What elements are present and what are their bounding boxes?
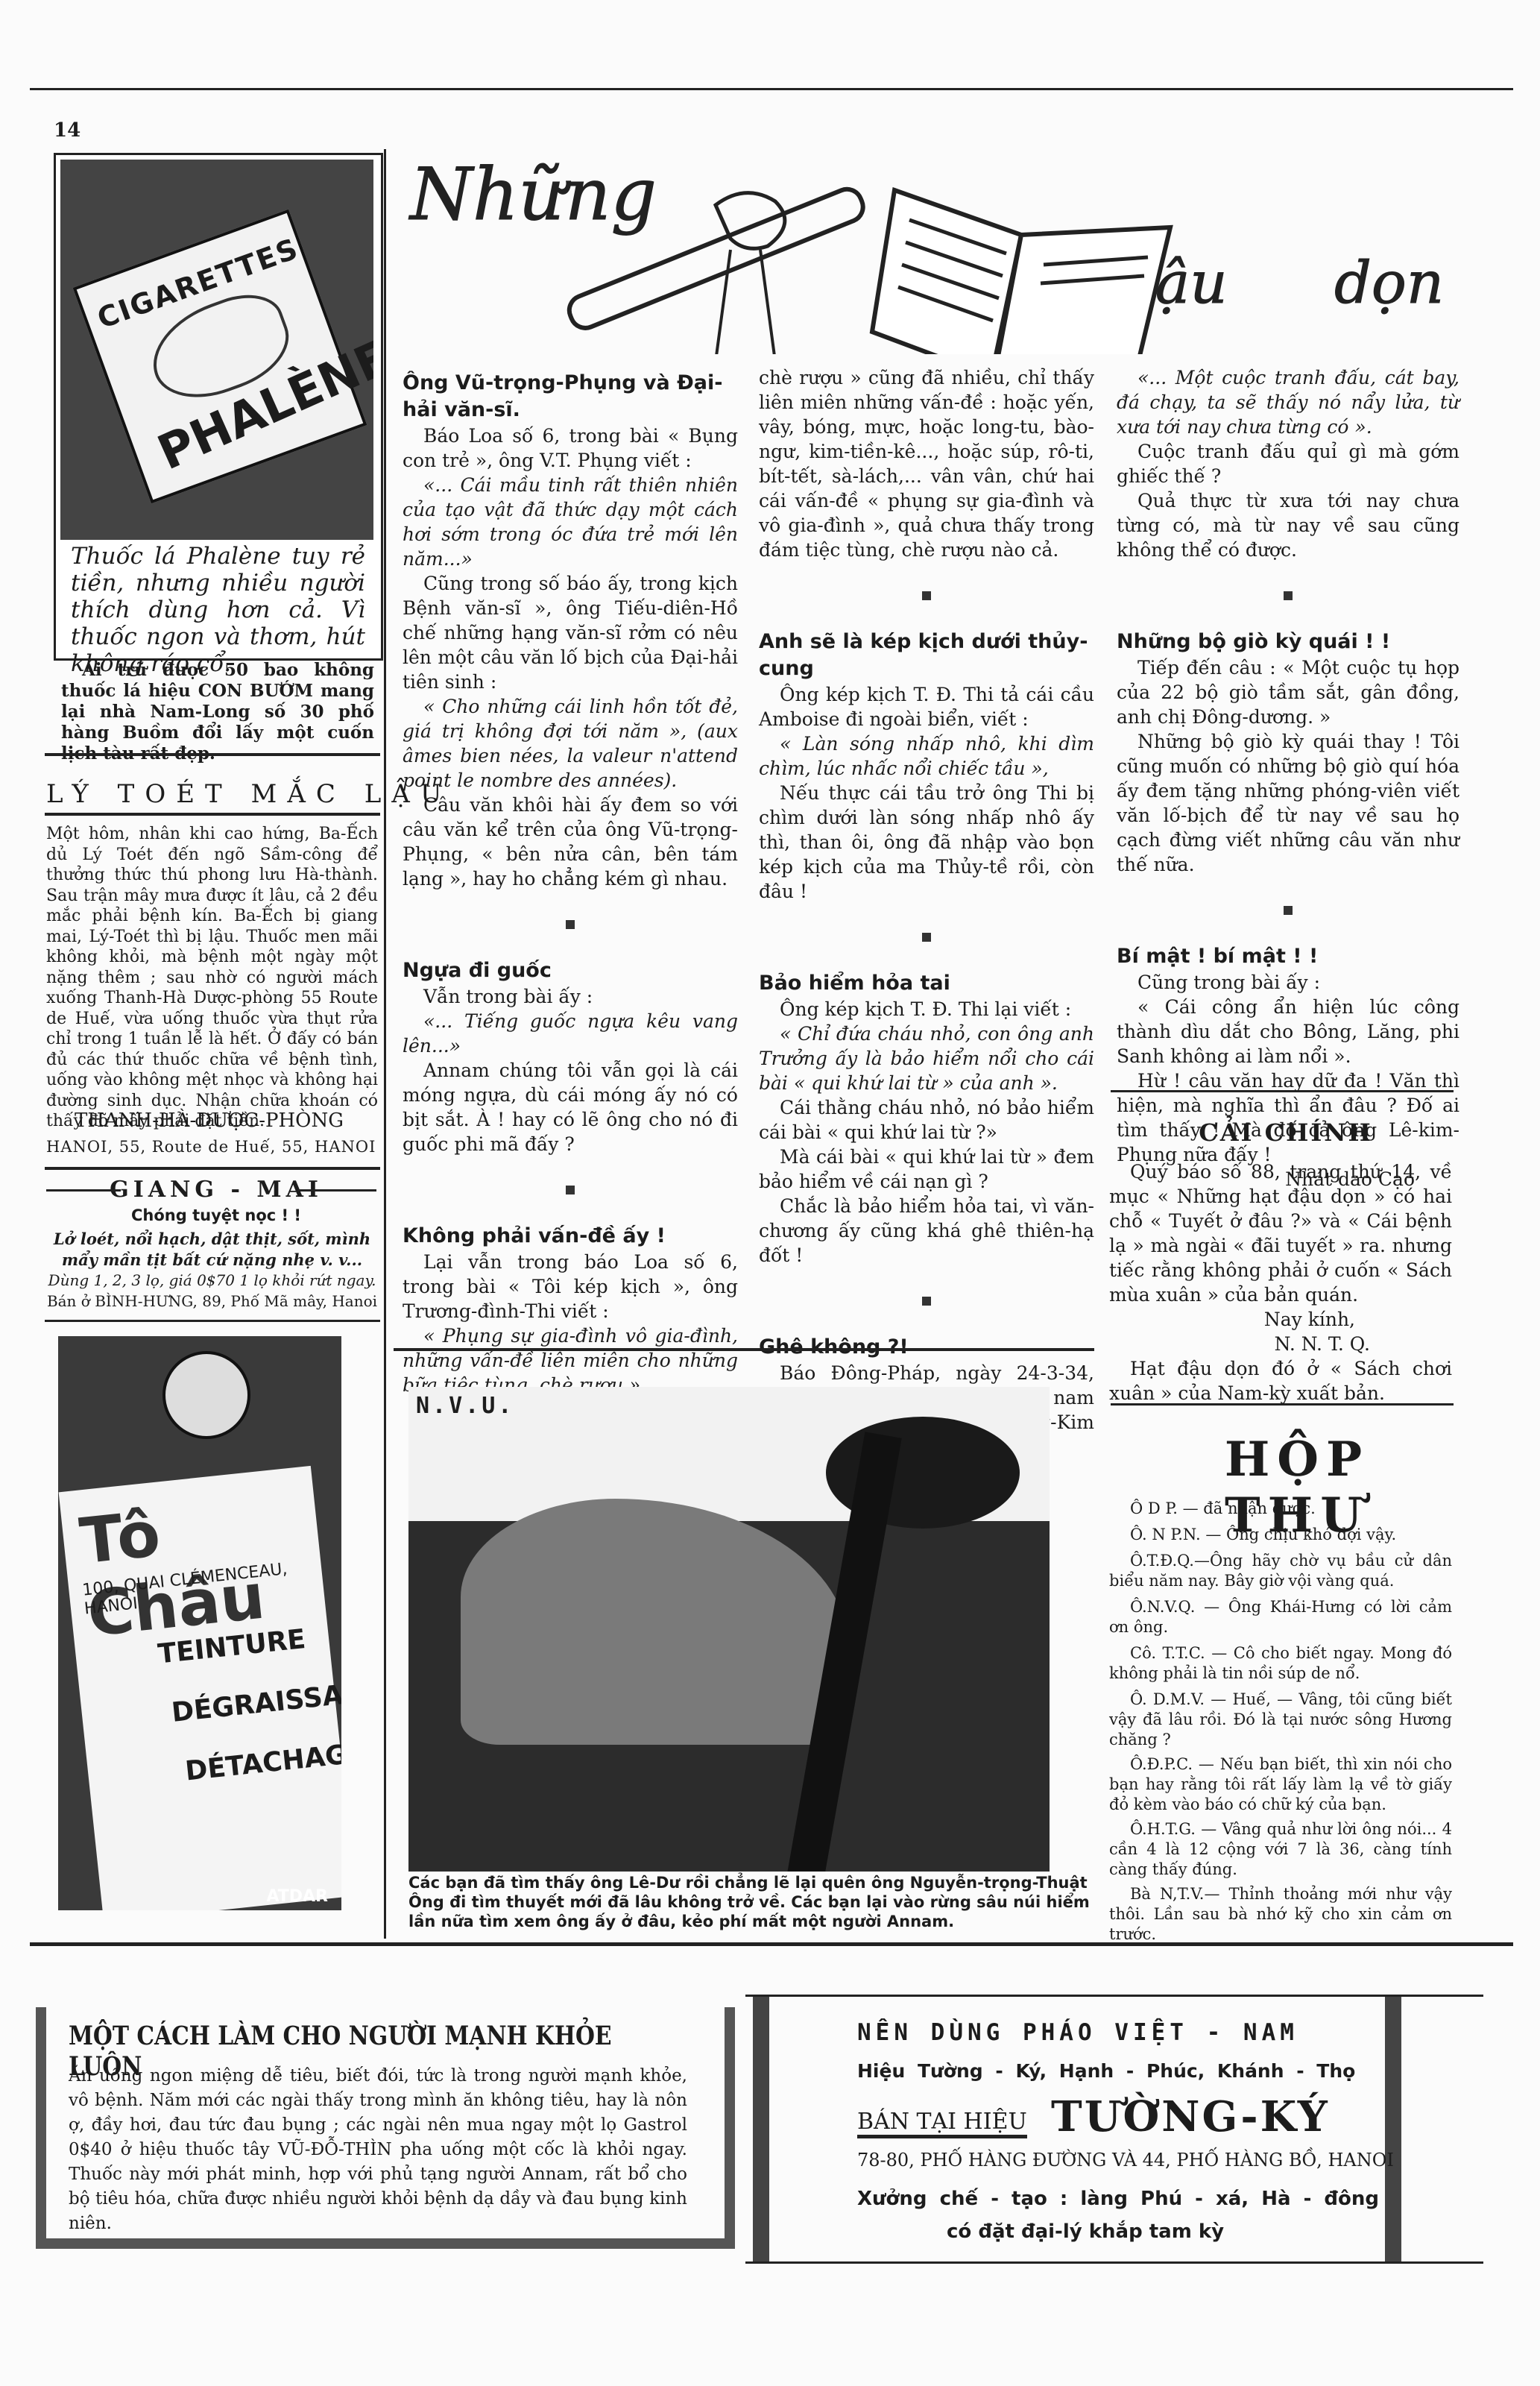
article-paragraph: Hừ ! câu văn hay dữ đa ! Văn thì hiện, m… [1117, 1068, 1459, 1167]
article-quote: « Làn sóng nhấp nhô, khi dìm chìm, lúc n… [759, 731, 1094, 781]
section-separator-icon [1117, 582, 1459, 606]
article-heading: Ngựa đi guốc [403, 957, 738, 984]
article-column-2: chè rượu » cũng đã nhiều, chỉ thấy liên … [759, 365, 1094, 1459]
banner-word-4: dọn [1334, 250, 1444, 317]
article-paragraph: Ông kép kịch T. Đ. Thi lại viết : [759, 997, 1094, 1022]
correction-title: CẢI CHÍNH [1111, 1118, 1461, 1147]
banner-illustration: Những hạt đậu dọn [403, 145, 1476, 362]
cigarette-pack: CIGARETTES PHALÈNE [73, 210, 367, 504]
article-paragraph: Quả thực từ xưa tới nay chưa từng có, mà… [1117, 488, 1459, 562]
tuong-ky-agents: có đặt đại-lý khắp tam kỳ [947, 2220, 1224, 2243]
divider [45, 1167, 380, 1170]
article-column-3: «... Một cuộc tranh đấu, cát bay, đá chạ… [1117, 365, 1459, 1192]
divider [1111, 1403, 1454, 1406]
article-quote: «... Cái mầu tinh rất thiên nhiên của tạ… [403, 473, 738, 571]
section-separator-icon [759, 582, 1094, 606]
phalene-illustration: CIGARETTES PHALÈNE [60, 160, 373, 540]
article-paragraph: Vẫn trong bài ấy : [403, 984, 738, 1009]
mailbox-list: Ô D P. — đã nhận được. Ô. N P.N. — Ông c… [1109, 1499, 1452, 1945]
hand-book-icon [537, 160, 1208, 354]
article-heading: Bảo hiểm hỏa tai [759, 970, 1094, 997]
artist-signature: ATDAR [266, 1887, 328, 1906]
giang-mai-subtitle: Chóng tuyệt nọc ! ! [0, 1206, 432, 1224]
mailbox-entry: Ô. D.M.V. — Huế, — Vâng, tôi cũng biết v… [1109, 1690, 1452, 1750]
top-rule [30, 88, 1513, 90]
mailbox-entry: Ô.Đ.P.C. — Nếu bạn biết, thì xin nói cho… [1109, 1754, 1452, 1815]
tuong-ky-ad: NÊN DÙNG PHÁO VIỆT - NAM Hiệu Tường - Ký… [745, 1995, 1483, 2264]
section-separator-icon [1117, 896, 1459, 921]
tuong-ky-address: 78-80, PHỐ HÀNG ĐƯỜNG VÀ 44, PHỐ HÀNG BỒ… [857, 2150, 1394, 2171]
divider [45, 813, 380, 816]
article-paragraph: Annam chúng tôi vẫn gọi là cái móng ngựa… [403, 1058, 738, 1156]
tuong-ky-sold-at: BÁN TẠI HIỆU [857, 2109, 1027, 2138]
pharmacy-name: THANH-HÀ-DƯỢC-PHÒNG [75, 1109, 344, 1132]
woodcut-illustration: N.V.U. [408, 1387, 1050, 1872]
page-number: 14 [54, 119, 81, 142]
phalene-ad: CIGARETTES PHALÈNE Thuốc lá Phalène tuy … [54, 153, 383, 661]
section-separator-icon [403, 1176, 738, 1200]
mailbox-entry: Ô D P. — đã nhận được. [1109, 1499, 1452, 1519]
gastrol-body: Ăn uống ngon miệng dễ tiêu, biết đói, tứ… [69, 2064, 687, 2236]
border-bar [1385, 1997, 1401, 2261]
mailbox-entry: Ô.T.Đ.Q.—Ông hãy chờ vụ bầu cử dân biểu … [1109, 1551, 1452, 1591]
article-paragraph: « Cái công ẩn hiện lúc công thành dìu dắ… [1117, 995, 1459, 1068]
article-paragraph: Báo Loa số 6, trong bài « Bụng con trẻ »… [403, 424, 738, 473]
mailbox-entry: Ô. N P.N. — Ông chịu khó đợi vậy. [1109, 1525, 1452, 1545]
tochau-service-3: DÉTACHAGE [184, 1737, 341, 1787]
article-quote: « Cho những cái linh hồn tốt đẻ, giá trị… [403, 694, 738, 793]
article-paragraph: Ông kép kịch T. Đ. Thi tả cái cầu Ambois… [759, 682, 1094, 731]
article-heading: Những bộ giò kỳ quái ! ! [1117, 629, 1459, 655]
correction-block: Quý báo số 88, trang thứ 14, về mục « Nh… [1109, 1159, 1452, 1406]
article-paragraph: Câu văn khôi hài ấy đem so với câu văn k… [403, 793, 738, 891]
mailbox-entry: Ô.N.V.Q. — Ông Khái-Hưng có lời cảm ơn ô… [1109, 1597, 1452, 1637]
mailbox-entry: Cô. T.T.C. — Cô cho biết ngay. Mong đó k… [1109, 1643, 1452, 1684]
divider [394, 1348, 1094, 1351]
woodcut-caption: Các bạn đã tìm thấy ông Lê-Dư rồi chẳng … [408, 1873, 1102, 1931]
article-paragraph: Cũng trong số báo ấy, trong kịch Bệnh vă… [403, 571, 738, 694]
article-heading: Không phải vấn-đề ấy ! [403, 1223, 738, 1250]
article-paragraph: Mà cái bài « qui khứ lai từ » đem bảo hi… [759, 1145, 1094, 1194]
article-quote: « Chỉ đứa cháu nhỏ, con ông anh Trưởng ấ… [759, 1022, 1094, 1095]
tuong-ky-line2: Hiệu Tường - Ký, Hạnh - Phúc, Khánh - Th… [857, 2060, 1355, 2082]
article-heading: Anh sẽ là kép kịch dưới thủy-cung [759, 629, 1094, 682]
article-paragraph: Nếu thực cái tầu trở ông Thi bị chìm dướ… [759, 781, 1094, 904]
ly-toet-title: LÝ TOÉT MẮC LẬU [46, 779, 452, 809]
giang-mai-line3: Bán ở BÌNH-HƯNG, 89, Phố Mã mây, Hanoi [46, 1292, 378, 1310]
section-separator-icon [759, 1287, 1094, 1312]
correction-closing: Nay kính, [1109, 1307, 1452, 1332]
correction-body: Quý báo số 88, trang thứ 14, về mục « Nh… [1109, 1159, 1452, 1307]
section-separator-icon [403, 910, 738, 935]
article-heading: Ghê không ?! [759, 1334, 1094, 1361]
article-paragraph: Những bộ giò kỳ quái thay ! Tôi cũng muố… [1117, 729, 1459, 877]
phalene-offer: Ai trữ được 50 bao không thuốc lá hiệu C… [61, 660, 374, 764]
mailbox-entry: Ô.H.T.G. — Vâng quả như lời ông nói... 4… [1109, 1819, 1452, 1880]
gastrol-ad: MỘT CÁCH LÀM CHO NGƯỜI MẠNH KHỎE LUÔN Ăn… [36, 2007, 735, 2249]
article-heading: Bí mật ! bí mật ! ! [1117, 943, 1459, 970]
article-paragraph: Cái thằng cháu nhỏ, nó bảo hiểm cái bài … [759, 1095, 1094, 1145]
article-column-1: Ông Vũ-trọng-Phụng và Đại-hải văn-sĩ. Bá… [403, 365, 738, 1422]
tochau-panel: Tô Châu 100, QUAI CLÉMENCEAU, HANOI TEIN… [59, 1466, 341, 1910]
correction-note: Hạt đậu dọn đó ở « Sách chơi xuân » của … [1109, 1356, 1452, 1406]
cliff [461, 1499, 848, 1745]
divider [45, 1320, 380, 1322]
article-quote: «... Tiếng guốc ngựa kêu vang lên...» [403, 1009, 738, 1058]
ly-toet-body: Một hôm, nhân khi cao hứng, Ba-Ếch dủ Lý… [46, 824, 378, 1132]
correction-signature: N. N. T. Q. [1109, 1332, 1452, 1356]
article-paragraph: Cũng trong bài ấy : [1117, 970, 1459, 995]
column-rule-left [384, 149, 386, 1939]
divider [1111, 1090, 1454, 1092]
tuong-ky-brand: TƯỜNG-KÝ [1051, 2092, 1330, 2141]
article-paragraph: Cuộc tranh đấu quỉ gì mà gớm ghiếc thế ? [1117, 439, 1459, 488]
section-separator-icon [759, 923, 1094, 948]
divider [298, 1189, 376, 1192]
article-quote: «... Một cuộc tranh đấu, cát bay, đá chạ… [1117, 365, 1459, 439]
article-heading: Ông Vũ-trọng-Phụng và Đại-hải văn-sĩ. [403, 370, 738, 424]
tochau-service-2: DÉGRAISSAGE [170, 1675, 341, 1728]
divider [46, 1189, 121, 1192]
divider [45, 753, 380, 756]
giang-mai-line2: Dùng 1, 2, 3 lọ, giá 0$70 1 lọ khỏi rứt … [46, 1271, 378, 1289]
pharmacy-address: HANOI, 55, Route de Huế, 55, HANOI [46, 1138, 376, 1156]
article-paragraph: Lại vẫn trong báo Loa số 6, trong bài « … [403, 1250, 738, 1323]
article-paragraph: Tiếp đến câu : « Một cuộc tụ họp của 22 … [1117, 655, 1459, 729]
tuong-ky-factory: Xưởng chế - tạo : làng Phú - xá, Hà - đô… [857, 2188, 1379, 2210]
mailbox-entry: Bà N,T.V.— Thỉnh thoảng mới như vậy thôi… [1109, 1884, 1452, 1945]
article-paragraph: chè rượu » cũng đã nhiều, chỉ thấy liên … [759, 365, 1094, 562]
tuong-ky-line1: NÊN DÙNG PHÁO VIỆT - NAM [857, 2019, 1298, 2046]
tochau-ad: Tô Châu 100, QUAI CLÉMENCEAU, HANOI TEIN… [58, 1336, 341, 1910]
article-paragraph: Chắc là bảo hiểm hỏa tai, vì văn-chương … [759, 1194, 1094, 1268]
woman-figure-icon [162, 1351, 250, 1439]
phalene-slogan: Thuốc lá Phalène tuy rẻ tiền, nhưng nhiề… [71, 543, 365, 677]
giang-mai-line1: Lở loét, nổi hạch, dật thịt, sốt, mình m… [46, 1229, 378, 1271]
border-bar [753, 1997, 769, 2261]
woodcut-signature: N.V.U. [416, 1393, 514, 1419]
